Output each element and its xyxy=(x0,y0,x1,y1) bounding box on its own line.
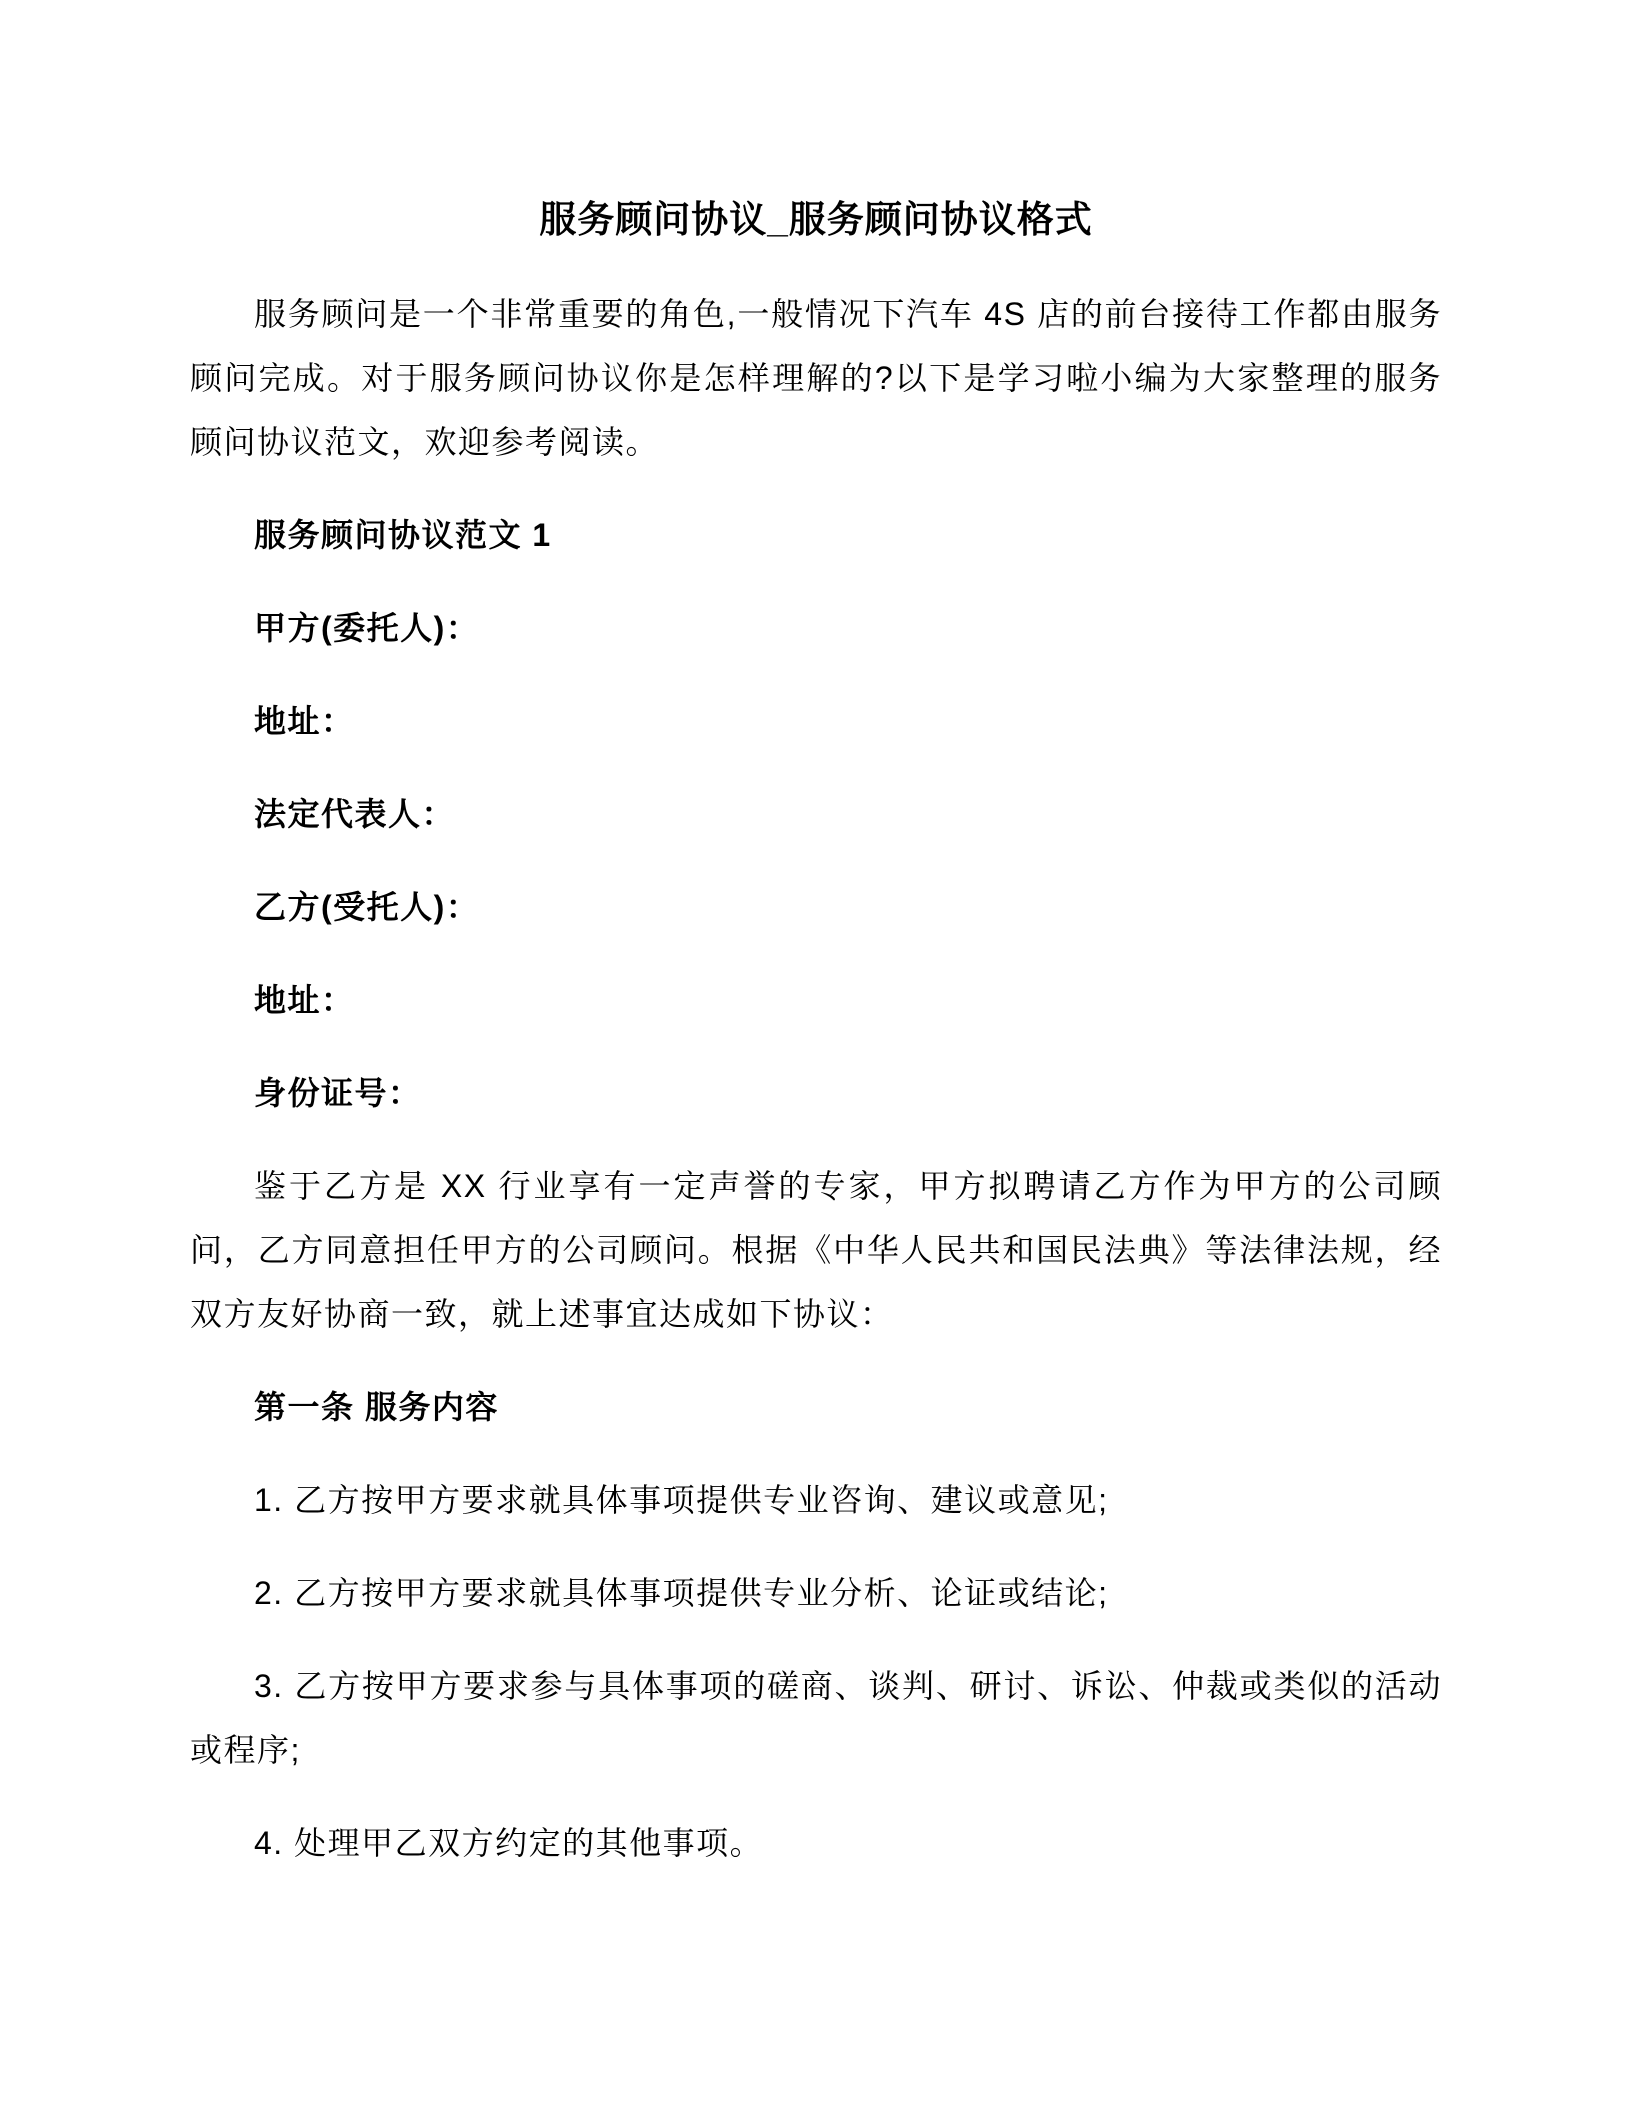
field-label-address-b: 地址： xyxy=(190,968,1442,1032)
document-page: 服务顾问协议_服务顾问协议格式 服务顾问是一个非常重要的角色,一般情况下汽车 4… xyxy=(0,0,1632,2112)
list-item-3: 3. 乙方按甲方要求参与具体事项的磋商、谈判、研讨、诉讼、仲裁或类似的活动或程序… xyxy=(190,1654,1442,1782)
field-label-legal-representative: 法定代表人： xyxy=(190,782,1442,846)
intro-paragraph: 服务顾问是一个非常重要的角色,一般情况下汽车 4S 店的前台接待工作都由服务顾问… xyxy=(190,282,1442,474)
document-title: 服务顾问协议_服务顾问协议格式 xyxy=(190,196,1442,244)
section-heading: 服务顾问协议范文 1 xyxy=(190,503,1442,567)
field-label-party-b: 乙方(受托人)： xyxy=(190,875,1442,939)
field-label-id-number: 身份证号： xyxy=(190,1061,1442,1125)
list-item-2: 2. 乙方按甲方要求就具体事项提供专业分析、论证或结论; xyxy=(190,1561,1442,1625)
list-item-1: 1. 乙方按甲方要求就具体事项提供专业咨询、建议或意见; xyxy=(190,1468,1442,1532)
field-label-address-a: 地址： xyxy=(190,689,1442,753)
field-label-party-a: 甲方(委托人)： xyxy=(190,596,1442,660)
clause-heading: 第一条 服务内容 xyxy=(190,1375,1442,1439)
document-body: 服务顾问是一个非常重要的角色,一般情况下汽车 4S 店的前台接待工作都由服务顾问… xyxy=(190,282,1442,1875)
recital-paragraph: 鉴于乙方是 XX 行业享有一定声誉的专家，甲方拟聘请乙方作为甲方的公司顾问，乙方… xyxy=(190,1154,1442,1346)
list-item-4: 4. 处理甲乙双方约定的其他事项。 xyxy=(190,1811,1442,1875)
